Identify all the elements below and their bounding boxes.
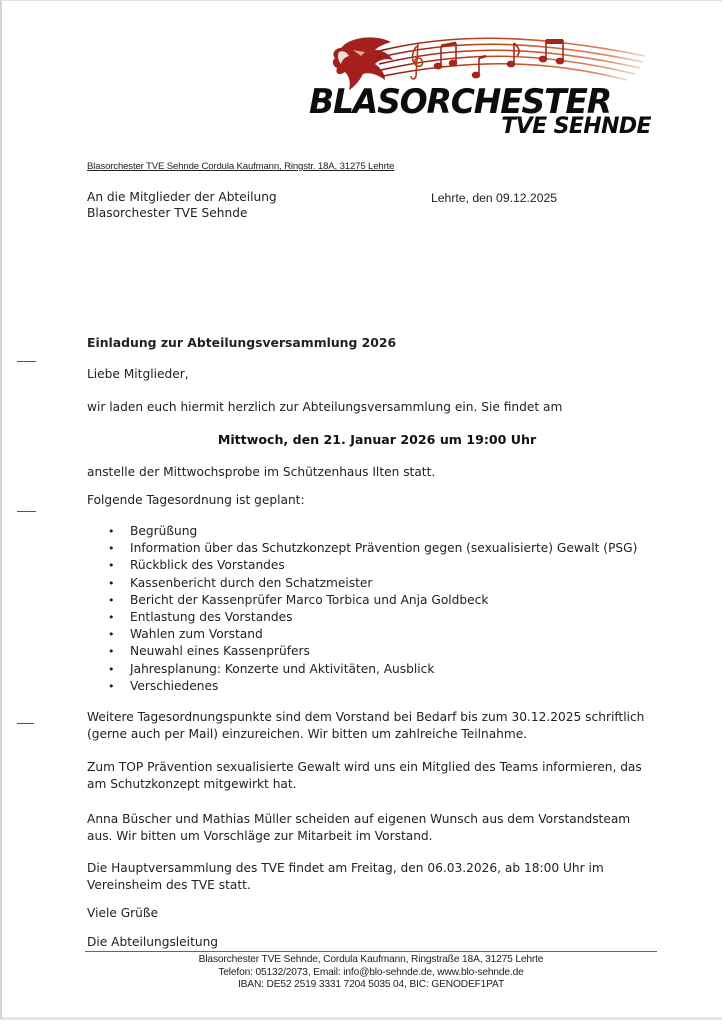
agenda-item: •Kassenbericht durch den Schatzmeister	[107, 575, 637, 592]
bullet-icon: •	[108, 592, 115, 609]
letter-date: Lehrte, den 09.12.2025	[431, 191, 557, 205]
bullet-icon: •	[108, 643, 115, 660]
bullet-icon: •	[108, 575, 115, 592]
punch-mark	[17, 511, 36, 512]
recipient-address: An die Mitglieder der Abteilung Blasorch…	[87, 189, 277, 221]
agenda-intro: Folgende Tagesordnung ist geplant:	[87, 493, 305, 507]
signature: Die Abteilungsleitung	[87, 934, 218, 951]
bullet-icon: •	[108, 540, 115, 557]
agenda-item: •Bericht der Kassenprüfer Marco Torbica …	[107, 592, 637, 609]
footer-address: Blasorchester TVE Sehnde, Cordula Kaufma…	[85, 954, 657, 967]
logo-subtitle: TVE SEHNDE	[501, 114, 651, 139]
agenda-item: •Entlastung des Vorstandes	[107, 609, 637, 626]
recipient-line-2: Blasorchester TVE Sehnde	[87, 205, 277, 221]
bullet-icon: •	[108, 661, 115, 678]
agenda-list: •Begrüßung •Information über das Schutzk…	[107, 523, 637, 695]
intro-paragraph: wir laden euch hiermit herzlich zur Abte…	[87, 400, 562, 414]
agenda-item: •Begrüßung	[107, 523, 637, 540]
agenda-item: •Neuwahl eines Kassenprüfers	[107, 643, 637, 660]
fold-mark-bottom	[17, 723, 34, 724]
sender-address-line: Blasorchester TVE Sehnde Cordula Kaufman…	[87, 161, 394, 172]
bullet-icon: •	[108, 626, 115, 643]
bullet-icon: •	[108, 523, 115, 540]
board-change-paragraph: Anna Büscher und Mathias Müller scheiden…	[87, 811, 630, 845]
agenda-item: •Jahresplanung: Konzerte und Aktivitäten…	[107, 661, 637, 678]
location-paragraph: anstelle der Mittwochsprobe im Schützenh…	[87, 465, 435, 479]
further-items-paragraph: Weitere Tagesordnungspunkte sind dem Vor…	[87, 709, 644, 743]
bullet-icon: •	[108, 678, 115, 695]
bullet-icon: •	[108, 609, 115, 626]
prevention-paragraph: Zum TOP Prävention sexualisierte Gewalt …	[87, 759, 642, 793]
main-meeting-paragraph: Die Hauptversammlung des TVE findet am F…	[87, 860, 604, 894]
agenda-item: •Wahlen zum Vorstand	[107, 626, 637, 643]
closing: Viele Grüße	[87, 905, 158, 922]
agenda-item: •Rückblick des Vorstandes	[107, 557, 637, 574]
agenda-item: •Verschiedenes	[107, 678, 637, 695]
agenda-item: •Information über das Schutzkonzept Präv…	[107, 540, 637, 557]
recipient-line-1: An die Mitglieder der Abteilung	[87, 189, 277, 205]
letter-footer: Blasorchester TVE Sehnde, Cordula Kaufma…	[85, 954, 657, 992]
subject-heading: Einladung zur Abteilungsversammlung 2026	[87, 335, 396, 350]
letterhead-logo: BLASORCHESTER TVE SEHNDE	[305, 30, 665, 142]
footer-divider	[85, 951, 657, 952]
salutation: Liebe Mitglieder,	[87, 367, 189, 381]
event-datetime: Mittwoch, den 21. Januar 2026 um 19:00 U…	[0, 432, 724, 447]
fold-mark-top	[17, 361, 36, 362]
bullet-icon: •	[108, 557, 115, 574]
footer-contact: Telefon: 05132/2073, Email: info@blo-seh…	[85, 967, 657, 980]
footer-bank: IBAN: DE52 2519 3331 7204 5035 04, BIC: …	[85, 979, 657, 992]
